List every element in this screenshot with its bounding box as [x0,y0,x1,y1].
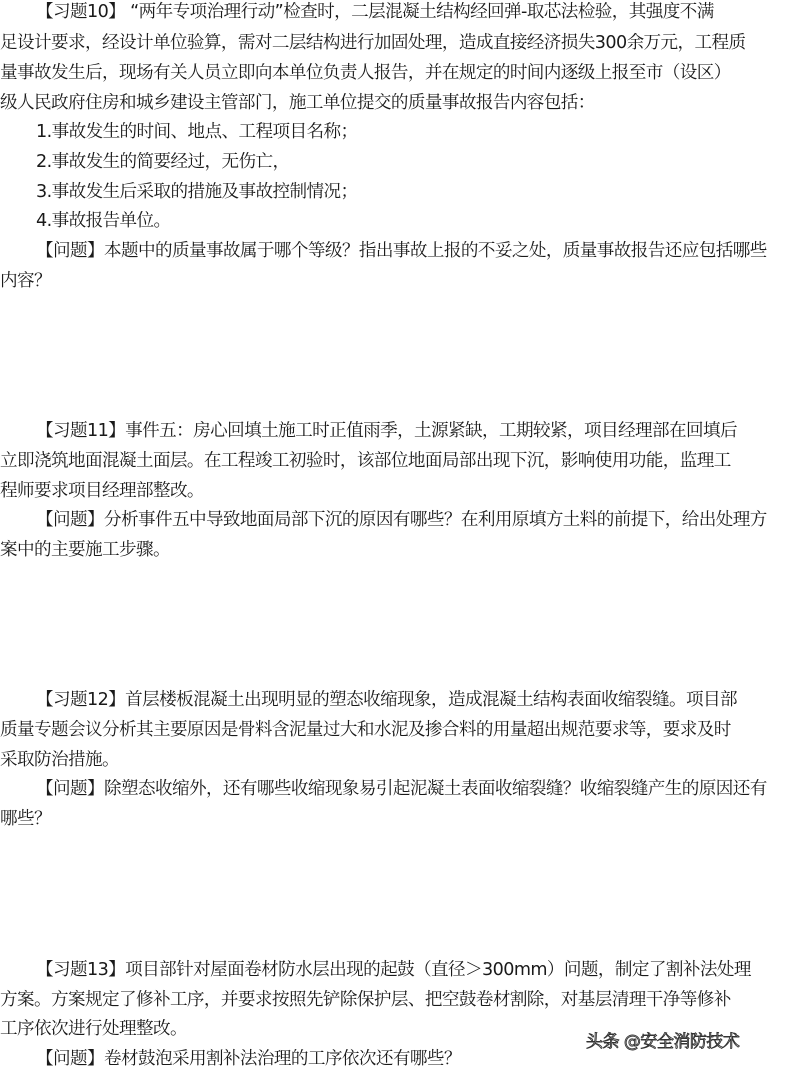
exercise-11-question-line-2: 案中的主要施工步骤。 [0,538,170,562]
exercise-10-list-item-1: 1.事故发生的时间、地点、工程项目名称； [36,120,357,144]
exercise-13-line-3: 工序依次进行处理整改。 [0,1017,187,1041]
exercise-11-question-line-1: 【问题】分析事件五中导致地面局部下沉的原因有哪些？在利用原填方土料的前提下，给出… [36,508,767,532]
exercise-10-line-1: 【习题10】 “两年专项治理行动”检查时，二层混凝土结构经回弹-取芯法检验，其强… [36,0,714,24]
exercise-11-line-2: 立即浇筑地面混凝土面层。在工程竣工初验时，该部位地面局部出现下沉，影响使用功能，… [0,449,731,473]
exercise-10-question-line-1: 【问题】本题中的质量事故属于哪个等级？指出事故上报的不妥之处，质量事故报告还应包… [36,239,767,263]
exercise-10-list-item-2: 2.事故发生的简要经过，无伤亡， [36,150,290,174]
exercise-11-line-1: 【习题11】事件五：房心回填土施工时正值雨季，土源紧缺，工期较紧，项目经理部在回… [36,419,737,443]
exercise-12-line-3: 采取防治措施。 [0,748,119,772]
exercise-10-line-3: 量事故发生后，现场有关人员立即向本单位负责人报告，并在规定的时间内逐级上报至市（… [0,61,731,85]
exercise-12-line-1: 【习题12】首层楼板混凝土出现明显的塑态收缩现象，造成混凝土结构表面收缩裂缝。项… [36,688,737,712]
exercise-10-list-item-3: 3.事故发生后采取的措施及事故控制情况； [36,180,357,204]
exercise-13-line-1: 【习题13】项目部针对屋面卷材防水层出现的起鼓（直径＞300mm）问题，制定了割… [36,958,751,982]
exercise-13-line-2: 方案。方案规定了修补工序，并要求按照先铲除保护层、把空鼓卷材割除，对基层清理干净… [0,988,731,1012]
exercise-10-list-item-4: 4.事故报告单位。 [36,209,171,233]
exercise-10-question-line-2: 内容？ [0,269,51,293]
exercise-10-line-4: 级人民政府住房和城乡建设主管部门，施工单位提交的质量事故报告内容包括： [0,91,595,115]
watermark: 头条 @安全消防技术 [586,1030,739,1054]
exercise-13-question-line-1: 【问题】卷材鼓泡采用割补法治理的工序依次还有哪些？ [36,1047,461,1071]
exercise-12-line-2: 质量专题会议分析其主要原因是骨料含泥量过大和水泥及掺合料的用量超出规范要求等，要… [0,718,731,742]
exercise-11-line-3: 程师要求项目经理部整改。 [0,479,204,503]
exercise-10-line-2: 足设计要求，经设计单位验算，需对二层结构进行加固处理，造成直接经济损失300余万… [0,31,746,55]
exercise-12-question-line-1: 【问题】除塑态收缩外，还有哪些收缩现象易引起泥凝土表面收缩裂缝？收缩裂缝产生的原… [36,777,767,801]
exercise-12-question-line-2: 哪些？ [0,807,51,831]
